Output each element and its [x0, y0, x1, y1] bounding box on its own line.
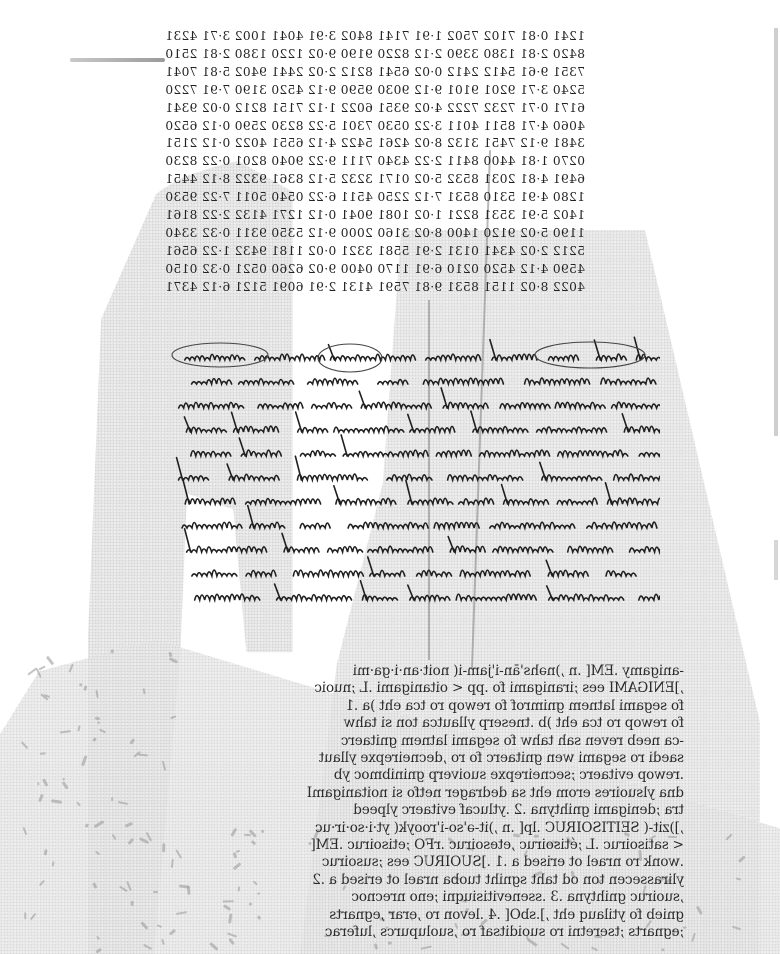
texture-speck [110, 798, 113, 802]
handwriting-strokes [160, 330, 660, 620]
dictionary-line: < satisoiruc .L ;étisoiruc ,etesoiruc .r… [164, 837, 684, 854]
dictionary-line: .wonk ro nrael ot erised a .1 .]SUOIRUC … [164, 854, 684, 871]
tide-table-row-line: 6491 4·81 2031 8532 5·02 0171 3232 5·12 … [165, 171, 665, 189]
stamp-edge-mark [70, 58, 165, 62]
dictionary-line: gnieb fo ytilauq eht ,].sbO[ .4 .levon r… [164, 907, 684, 924]
tide-table-row-line: 6171 0·71 7232 7222 4·02 9351 6022 1·12 … [165, 100, 665, 118]
handwritten-letter [160, 330, 660, 620]
dictionary-line: .rewop evitaerc ;secneirepxe suoiverp gn… [164, 767, 684, 784]
tide-table-row-line: 1280 4·91 5310 8531 7·12 2250 4511 6·22 … [165, 189, 665, 207]
tide-table-row-line: 4022 8·02 1151 8531 9·81 7591 4131 2·91 … [165, 279, 665, 297]
tide-table-row-line: 1190 5·02 9120 1400 8·02 3160 2000 9·12 … [165, 225, 665, 243]
tide-table-row-line: 3481 9·12 7451 3132 8·02 4261 5422 4·12 … [165, 135, 665, 153]
stamp-edge-bar [774, 540, 778, 580]
texture-speck [40, 752, 46, 754]
tide-table-row-line: 4590 4·12 4520 0210 6·91 1170 0400 9·02 … [165, 261, 665, 279]
tide-table-row-line: 5240 3·71 9201 9101 9·12 9030 9590 9·12 … [165, 82, 665, 100]
tide-table-row-line: 1241 0·81 7102 7502 1·91 7141 8402 3·91 … [165, 28, 665, 46]
texture-speck [25, 912, 27, 919]
dictionary-line: dna ylsuoires erom eht sa dedrager netfo… [164, 785, 684, 802]
texture-speck [153, 890, 158, 892]
dictionary-line: ;egnarts ;tseretni ro suoiditsaf ro ,suo… [164, 924, 684, 941]
tide-table-row-line: 8420 2·81 1380 3390 2·12 8220 9190 9·02 … [165, 46, 665, 64]
dictionary-line: fo rewop ro tca eht )b .tneserp yllautca… [164, 715, 684, 732]
texture-speck [142, 688, 145, 694]
texture-speck [46, 656, 55, 666]
texture-speck [95, 716, 101, 720]
texture-speck [131, 901, 134, 906]
tide-table-row-line: 1402 5·91 3531 8221 1·02 1081 9041 0·12 … [165, 207, 665, 225]
tide-table-row-line: 4060 4·71 8511 4011 3·22 0530 7301 5·22 … [165, 118, 665, 136]
dictionary-line: -ca neeb reven sah tahw fo segami latnem… [164, 733, 684, 750]
dictionary-line: ,suoiruc gnihtyna .3 .ssenevitisiuqni ;e… [164, 889, 684, 906]
dictionary-entries: -anigamy .EM[ .n ,)nəhs'ān-i'jam-i( noit… [164, 663, 684, 942]
tide-table-row-line: 7351 9·61 5412 2412 0·02 6541 8212 2·02 … [165, 64, 665, 82]
dictionary-line: fo segami latnem gnimrof fo rewop ro tca… [164, 698, 684, 715]
tide-table-row-line: 0270 1·81 4400 8411 2·22 4340 7111 9·22 … [165, 153, 665, 171]
dictionary-line: ylirassecen ton od taht sgniht tuoba nra… [164, 872, 684, 889]
dictionary-line: saedi ro segami wen gnitaerc fo ro ,decn… [164, 750, 684, 767]
dictionary-line: ,]ENIGAMI ees ;iranigami fo .pp < oitani… [164, 680, 684, 697]
dictionary-line: ,])zit-( SEITISOIRUC .lp[ .n ,)it-ə'so-i… [164, 820, 684, 837]
tide-table-row-line: 5212 2·02 4341 0131 2·91 5581 3321 0·02 … [165, 243, 665, 261]
stamp-edge-bar [774, 28, 778, 436]
tide-table: 1241 0·81 7102 7502 1·91 7141 8402 3·91 … [165, 28, 665, 297]
dictionary-line: -anigamy .EM[ .n ,)nəhs'ān-i'jam-i( noit… [164, 663, 684, 680]
dictionary-line: tra ;denigami gnihtyna .2 .ytlucaf evita… [164, 802, 684, 819]
